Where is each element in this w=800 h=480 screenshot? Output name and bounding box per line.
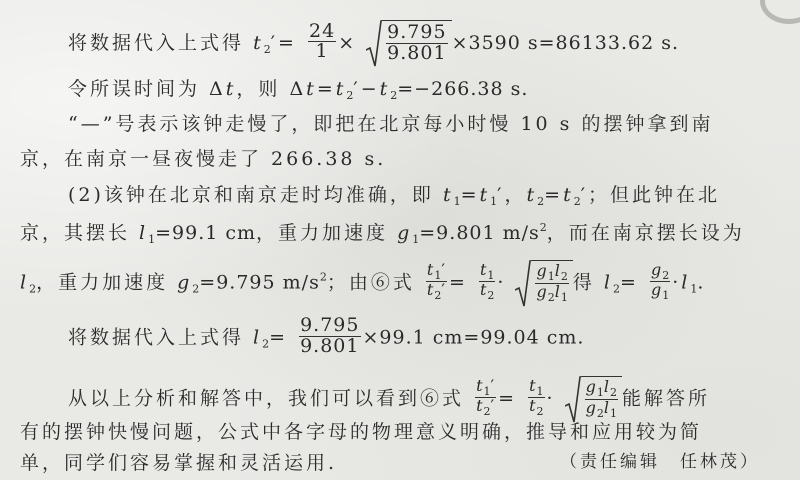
var-g: g <box>536 261 547 280</box>
text: 从以上分析和解答中，我们可以看到⑥式 <box>68 388 464 410</box>
paragraph-line: 京，在南京一昼夜慢走了 266.38 s. <box>20 150 386 169</box>
value: =9.795 m/s <box>199 272 320 294</box>
subscript: 1 <box>597 386 604 399</box>
subscript: 2 <box>561 270 568 283</box>
subscript: 1 <box>487 269 494 282</box>
radical-sign-icon <box>565 376 581 424</box>
subscript: 1 <box>454 195 461 208</box>
prime: ′ <box>271 32 278 54</box>
subscript: 1 <box>690 283 697 296</box>
paragraph-line: (2)该钟在北京和南京走时均准确，即 t1=t1′，t2=t2′；但此钟在北 <box>68 186 720 207</box>
text: (2)该钟在北京和南京走时均准确，即 <box>68 184 443 206</box>
denominator: 9.801 <box>386 44 447 64</box>
editor-credit: （责任编辑 任林茂） <box>560 454 760 471</box>
numerator: 24 <box>308 22 336 43</box>
numerator: 9.795 <box>299 316 360 337</box>
text: ，重力加速度 <box>256 222 397 244</box>
value: =9.801 m/s <box>419 222 540 244</box>
subscript: 1 <box>548 270 555 283</box>
subscript: 2 <box>487 289 494 302</box>
var-g: g <box>397 222 412 244</box>
var-l: l <box>139 222 148 244</box>
document-page: 将数据代入上式得 t2′= 24 1 × 9.795 9.801 ×3590 s… <box>0 0 800 480</box>
denominator: 1 <box>308 42 336 62</box>
sqrt-expression: 9.795 9.801 <box>366 20 451 64</box>
subscript: 1 <box>484 385 491 398</box>
denominator: 9.801 <box>299 337 360 357</box>
text: “—”号表示该钟走慢了，即把在北京每小时慢 10 s 的摆钟拿到南 <box>68 113 713 135</box>
prime: ′ <box>581 184 588 206</box>
text: 京，其摆长 <box>20 222 139 244</box>
paragraph-line: 京，其摆长 l1=99.1 cm，重力加速度 g1=9.801 m/s2，而在南… <box>20 222 745 245</box>
text: ；但此钟在北 <box>588 184 720 206</box>
equals: = <box>620 272 639 294</box>
text-prefix: 将数据代入上式得 <box>68 32 244 54</box>
equation-line-t2-prime: 将数据代入上式得 t2′= 24 1 × 9.795 9.801 ×3590 s… <box>68 22 679 66</box>
prime: ′ <box>441 260 446 279</box>
subscript: 2 <box>662 269 669 282</box>
fraction-t1-t2: t1 t2 <box>528 378 544 418</box>
subscript: 2 <box>613 283 620 296</box>
subscript: 1 <box>561 291 568 304</box>
var-g: g <box>536 282 547 301</box>
page-corner-mark <box>760 0 800 24</box>
text: 京，在南京一昼夜慢走了 266.38 s. <box>20 148 386 170</box>
subscript: 2 <box>610 386 617 399</box>
subscript: 1 <box>537 385 544 398</box>
result-text: ×99.1 cm=99.04 cm. <box>363 326 585 348</box>
subscript: 1 <box>610 407 617 420</box>
fraction-g2-g1: g2 g1 <box>650 262 670 302</box>
var-t: t <box>476 376 483 395</box>
subscript: 2 <box>597 407 604 420</box>
numerator: 9.795 <box>386 23 447 44</box>
text: 令所误时间为 Δ <box>68 78 226 100</box>
var-g: g <box>586 398 597 417</box>
var-t: t <box>226 78 237 100</box>
text: ，则 Δ <box>236 78 306 100</box>
equals: = <box>269 326 288 348</box>
subscript: 2 <box>264 43 271 56</box>
radical-sign-icon <box>515 260 531 308</box>
text: ，而在南京摆长设为 <box>547 222 745 244</box>
subscript: 1 <box>662 289 669 302</box>
fraction-9795-over-9801: 9.795 9.801 <box>299 316 360 357</box>
equals: = <box>498 388 517 410</box>
dot: · <box>497 272 506 294</box>
var-l: l <box>253 326 262 348</box>
text: ，重力加速度 <box>36 272 177 294</box>
text: 得 <box>573 272 604 294</box>
paragraph-line: 单，同学们容易掌握和灵活运用. <box>20 454 337 473</box>
result-text: =−266.38 s. <box>397 78 528 100</box>
prime: ′ <box>441 280 446 299</box>
fraction-t1p-t2p: t1′ t2′ <box>426 262 447 302</box>
subscript: 2 <box>574 195 581 208</box>
prime: ′ <box>353 78 360 100</box>
var-t: t <box>480 184 491 206</box>
var-t: t <box>529 376 536 395</box>
fraction-t1-t2: t1 t2 <box>479 262 495 302</box>
equals: = <box>278 32 297 54</box>
radical-sign-icon <box>366 20 382 68</box>
var-t: t <box>527 184 538 206</box>
equals: = <box>461 184 480 206</box>
formula-line: l2，重力加速度 g2=9.795 m/s2；由⑥式 t1′ t2′ = t1 … <box>20 262 706 305</box>
superscript: 2 <box>320 271 327 284</box>
var-l: l <box>20 272 29 294</box>
delta-t-line: 令所误时间为 Δt，则 Δt=t2′−t2=−266.38 s. <box>68 80 528 101</box>
var-g: g <box>651 280 662 299</box>
subscript: 2 <box>537 405 544 418</box>
result-text: ×3590 s=86133.62 s. <box>452 32 679 54</box>
var-g: g <box>586 377 597 396</box>
var-t: t <box>380 78 391 100</box>
value: =99.1 cm <box>155 222 256 244</box>
formula-line: 从以上分析和解答中，我们可以看到⑥式 t1′ t2′ = t1 t2 · g1l… <box>68 378 710 421</box>
sqrt-expression: g1l2 g2l1 <box>565 376 622 419</box>
prime: ′ <box>491 376 496 395</box>
equation-line-l2: 将数据代入上式得 l2= 9.795 9.801 ×99.1 cm=99.04 … <box>68 318 584 359</box>
text-prefix: 将数据代入上式得 <box>68 326 253 348</box>
equals: = <box>449 272 468 294</box>
fraction-24-over-1: 24 1 <box>308 22 336 63</box>
fraction-t1p-t2p: t1′ t2′ <box>475 378 496 418</box>
text: 有的摆钟快慢问题，公式中各字母的物理意义明确，推导和应用较为简 <box>20 421 702 443</box>
paragraph-line: “—”号表示该钟走慢了，即把在北京每小时慢 10 s 的摆钟拿到南 <box>68 115 713 134</box>
var-g: g <box>651 260 662 279</box>
prime: ′ <box>491 396 496 415</box>
text: 单，同学们容易掌握和灵活运用. <box>20 452 337 474</box>
var-g: g <box>177 272 192 294</box>
var-t: t <box>529 396 536 415</box>
subscript: 2 <box>548 291 555 304</box>
var-t: t <box>253 32 264 54</box>
var-t: t <box>336 78 347 100</box>
text: ；由⑥式 <box>327 272 415 294</box>
var-t: t <box>563 184 574 206</box>
dot: · <box>547 388 556 410</box>
minus: − <box>361 78 380 100</box>
dot: · <box>672 272 681 294</box>
prime: ′ <box>497 184 504 206</box>
equals: = <box>544 184 563 206</box>
sqrt-expression: g1l2 g2l1 <box>515 260 572 303</box>
var-t: t <box>443 184 454 206</box>
var-t: t <box>476 396 483 415</box>
text: 能解答所 <box>622 388 710 410</box>
var-l: l <box>681 272 690 294</box>
times: × <box>338 32 357 54</box>
var-t: t <box>306 78 317 100</box>
var-l: l <box>604 272 613 294</box>
credit-text: （责任编辑 任林茂） <box>560 452 760 472</box>
subscript: 2 <box>484 405 491 418</box>
paragraph-line: 有的摆钟快慢问题，公式中各字母的物理意义明确，推导和应用较为简 <box>20 423 702 442</box>
equals: = <box>317 78 336 100</box>
superscript: 2 <box>540 221 547 234</box>
